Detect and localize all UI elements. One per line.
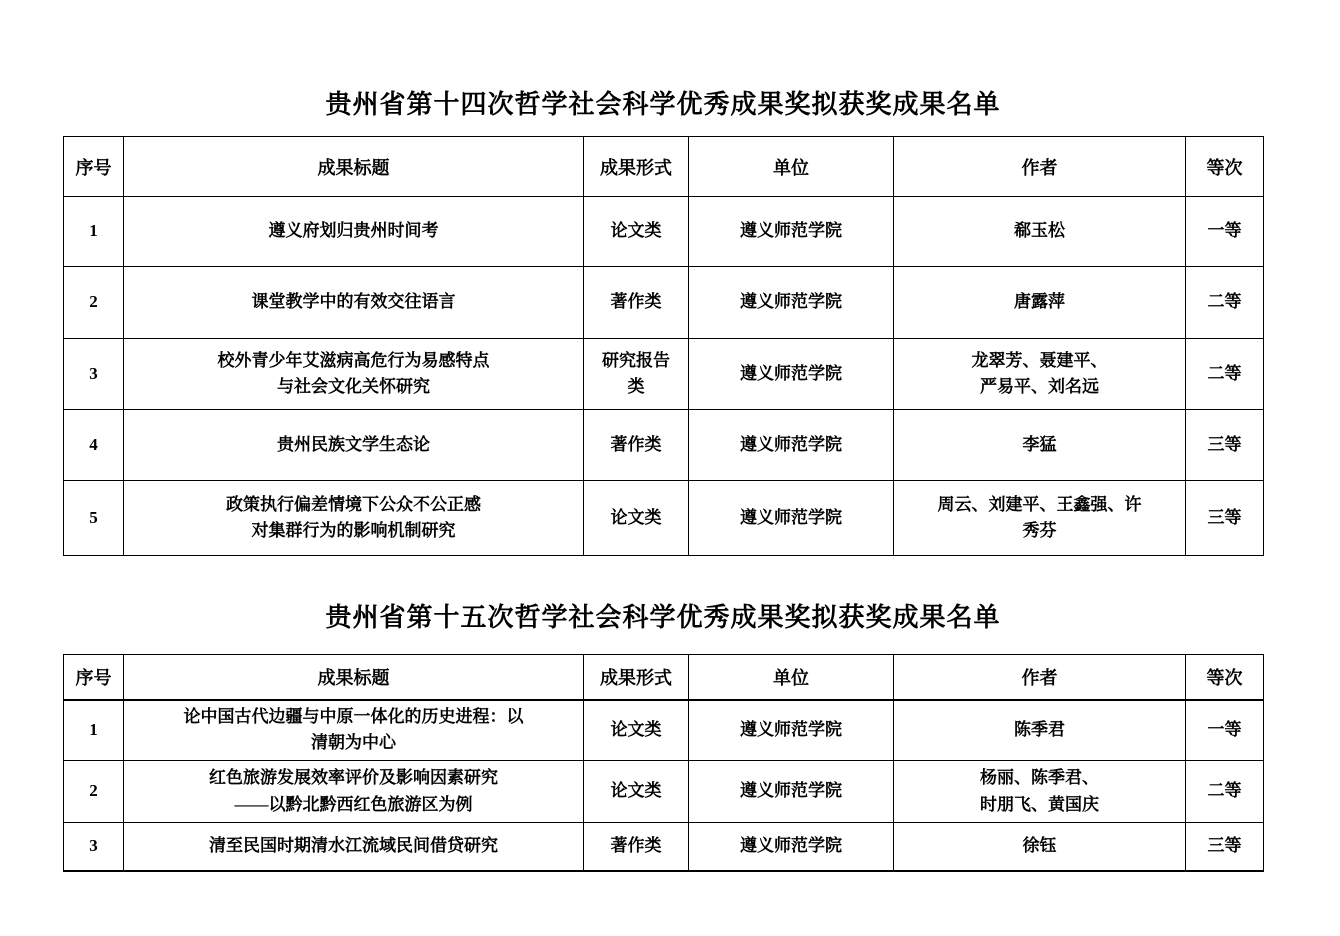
cell-no: 1 [64,700,124,761]
cell-title: 遵义府划归贵州时间考 [124,197,584,267]
cell-authors: 龙翠芳、聂建平、 严易平、刘名远 [894,339,1186,410]
cell-title: 论中国古代边疆与中原一体化的历史进程：以 清朝为中心 [124,700,584,761]
cell-authors: 杨丽、陈季君、 时朋飞、黄国庆 [894,761,1186,823]
cell-form: 著作类 [584,823,689,871]
cell-unit: 遵义师范学院 [689,481,894,556]
col-header-authors: 作者 [894,137,1186,197]
cell-authors: 陈季君 [894,700,1186,761]
cell-authors: 徐钰 [894,823,1186,871]
cell-authors: 郗玉松 [894,197,1186,267]
cell-rank: 二等 [1186,339,1264,410]
cell-unit: 遵义师范学院 [689,700,894,761]
awards-table-14: 序号 成果标题 成果形式 单位 作者 等次 1 遵义府划归贵州时间考 论文类 遵… [63,136,1264,556]
cell-no: 1 [64,197,124,267]
cell-title: 校外青少年艾滋病高危行为易感特点 与社会文化关怀研究 [124,339,584,410]
cell-title: 贵州民族文学生态论 [124,410,584,481]
cell-authors: 唐露萍 [894,267,1186,339]
cell-rank: 三等 [1186,410,1264,481]
cell-form: 论文类 [584,761,689,823]
header-row: 序号 成果标题 成果形式 单位 作者 等次 [64,655,1264,700]
col-header-unit: 单位 [689,655,894,700]
cell-no: 3 [64,339,124,410]
col-header-rank: 等次 [1186,655,1264,700]
cell-unit: 遵义师范学院 [689,761,894,823]
table-row: 2 课堂教学中的有效交往语言 著作类 遵义师范学院 唐露萍 二等 [64,267,1264,339]
cell-unit: 遵义师范学院 [689,823,894,871]
table-row: 4 贵州民族文学生态论 著作类 遵义师范学院 李猛 三等 [64,410,1264,481]
col-header-title: 成果标题 [124,137,584,197]
awards-table-15: 序号 成果标题 成果形式 单位 作者 等次 1 论中国古代边疆与中原一体化的历史… [63,654,1264,872]
cell-title: 清至民国时期清水江流域民间借贷研究 [124,823,584,871]
table-row: 3 校外青少年艾滋病高危行为易感特点 与社会文化关怀研究 研究报告 类 遵义师范… [64,339,1264,410]
cell-form: 著作类 [584,410,689,481]
col-header-unit: 单位 [689,137,894,197]
col-header-rank: 等次 [1186,137,1264,197]
cell-form: 论文类 [584,197,689,267]
cell-no: 5 [64,481,124,556]
cell-form: 论文类 [584,481,689,556]
cell-unit: 遵义师范学院 [689,410,894,481]
cell-form: 著作类 [584,267,689,339]
cell-rank: 一等 [1186,197,1264,267]
col-header-form: 成果形式 [584,137,689,197]
cell-no: 3 [64,823,124,871]
cell-authors: 李猛 [894,410,1186,481]
cell-rank: 一等 [1186,700,1264,761]
table-title-15: 贵州省第十五次哲学社会科学优秀成果奖拟获奖成果名单 [63,556,1263,633]
document-page: 贵州省第十四次哲学社会科学优秀成果奖拟获奖成果名单 序号 成果标题 成果形式 单… [0,0,1340,872]
table-row: 5 政策执行偏差情境下公众不公正感 对集群行为的影响机制研究 论文类 遵义师范学… [64,481,1264,556]
table-row: 1 遵义府划归贵州时间考 论文类 遵义师范学院 郗玉松 一等 [64,197,1264,267]
table-row: 1 论中国古代边疆与中原一体化的历史进程：以 清朝为中心 论文类 遵义师范学院 … [64,700,1264,761]
cell-unit: 遵义师范学院 [689,339,894,410]
col-header-title: 成果标题 [124,655,584,700]
col-header-index: 序号 [64,655,124,700]
col-header-index: 序号 [64,137,124,197]
col-header-authors: 作者 [894,655,1186,700]
cell-form: 论文类 [584,700,689,761]
cell-title: 课堂教学中的有效交往语言 [124,267,584,339]
cell-rank: 二等 [1186,267,1264,339]
cell-no: 2 [64,267,124,339]
table-title-14: 贵州省第十四次哲学社会科学优秀成果奖拟获奖成果名单 [63,0,1263,120]
header-row: 序号 成果标题 成果形式 单位 作者 等次 [64,137,1264,197]
cell-unit: 遵义师范学院 [689,197,894,267]
cell-rank: 三等 [1186,823,1264,871]
cell-form: 研究报告 类 [584,339,689,410]
table-row: 3 清至民国时期清水江流域民间借贷研究 著作类 遵义师范学院 徐钰 三等 [64,823,1264,871]
cell-unit: 遵义师范学院 [689,267,894,339]
cell-rank: 三等 [1186,481,1264,556]
cell-no: 4 [64,410,124,481]
table-row: 2 红色旅游发展效率评价及影响因素研究 ——以黔北黔西红色旅游区为例 论文类 遵… [64,761,1264,823]
cell-authors: 周云、刘建平、王鑫强、许 秀芬 [894,481,1186,556]
cell-no: 2 [64,761,124,823]
cell-title: 政策执行偏差情境下公众不公正感 对集群行为的影响机制研究 [124,481,584,556]
col-header-form: 成果形式 [584,655,689,700]
cell-rank: 二等 [1186,761,1264,823]
cell-title: 红色旅游发展效率评价及影响因素研究 ——以黔北黔西红色旅游区为例 [124,761,584,823]
